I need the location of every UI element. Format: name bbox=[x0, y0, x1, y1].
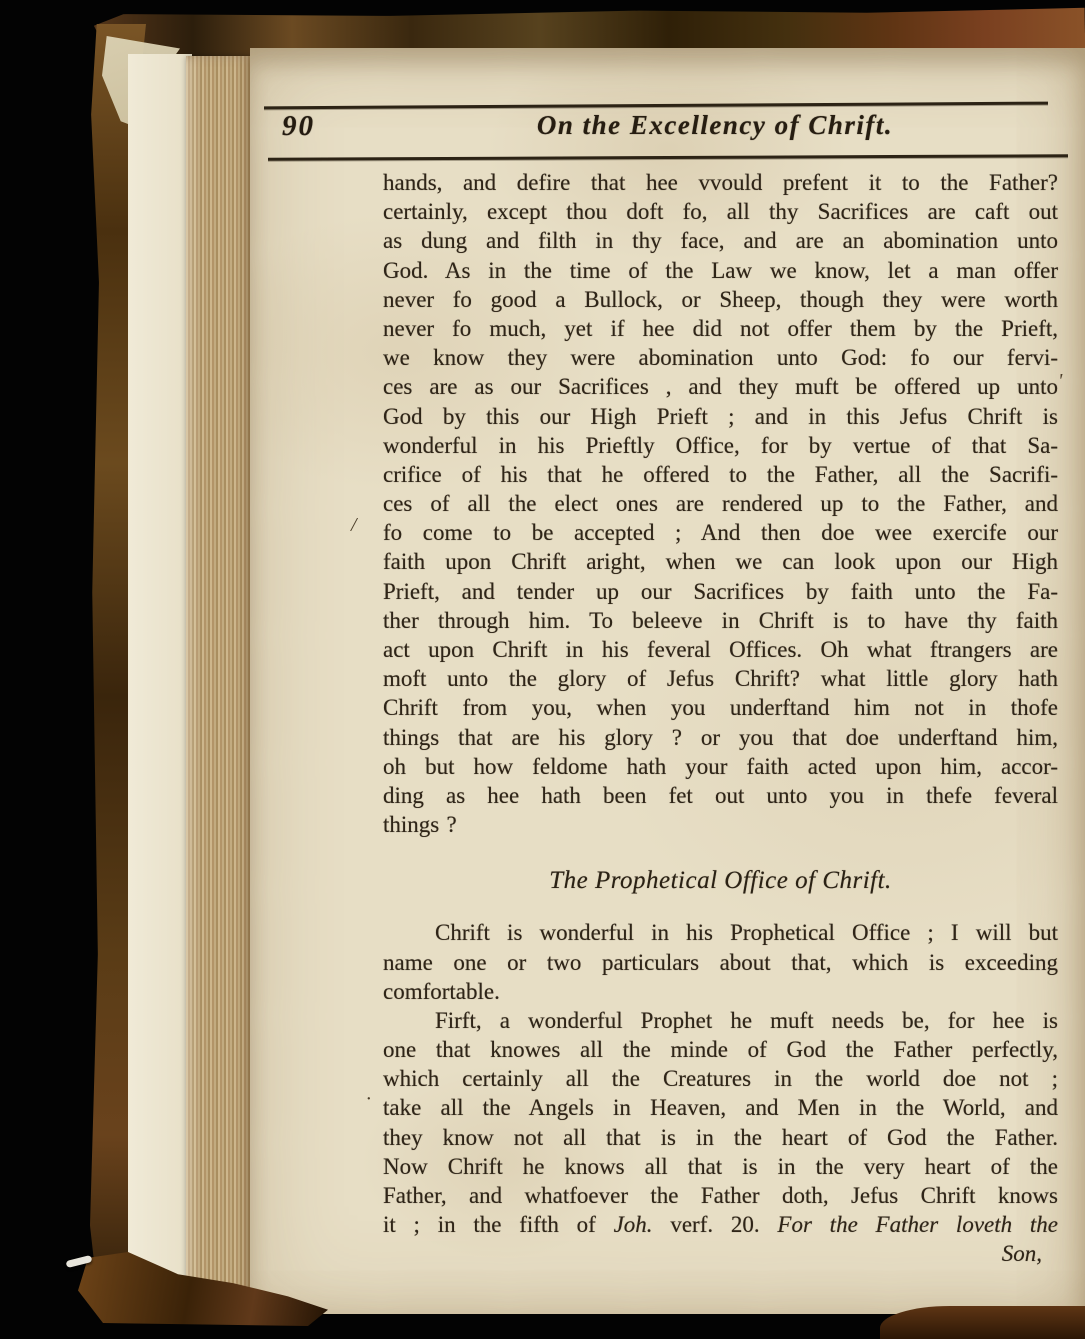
leather-binding-bottom-right bbox=[880, 1306, 1085, 1339]
section-heading: The Prophetical Office of Chrift. bbox=[383, 866, 1058, 896]
text-line: Now Chrift he knows all that is in the v… bbox=[383, 1152, 1058, 1181]
text-line: one that knowes all the minde of God the… bbox=[383, 1035, 1058, 1064]
running-title: On the Excellency of Chrift. bbox=[370, 110, 1060, 141]
text-line: ding as hee hath been fet out unto you i… bbox=[383, 781, 1058, 810]
text-block: hands, and defire that hee vvould prefen… bbox=[383, 168, 1058, 1268]
ink-mark: / bbox=[351, 514, 357, 537]
text-line: never fo much, yet if hee did not offer … bbox=[383, 314, 1058, 343]
text-line: Father, and whatfoever the Father doth, … bbox=[383, 1181, 1058, 1210]
text-segment: verf. 20. bbox=[653, 1212, 778, 1237]
text-line: things that are his glory ? or you that … bbox=[383, 723, 1058, 752]
text-line: ther through him. To beleeve in Chrift i… bbox=[383, 606, 1058, 635]
ink-mark: ' bbox=[1058, 370, 1062, 393]
text-line: oh but how feldome hath your faith acted… bbox=[383, 752, 1058, 781]
paragraph-priestly-office: hands, and defire that hee vvould prefen… bbox=[383, 168, 1058, 839]
text-line: Firft, a wonderful Prophet he muft needs… bbox=[383, 1006, 1058, 1035]
text-line: hands, and defire that hee vvould prefen… bbox=[383, 168, 1058, 197]
text-line: comfortable. bbox=[383, 977, 1058, 1006]
text-line: ces are as our Sacrifices , and they muf… bbox=[383, 372, 1058, 401]
text-line: moft unto the glory of Jefus Chrift? wha… bbox=[383, 664, 1058, 693]
ink-mark: · bbox=[366, 1088, 371, 1111]
book-photograph: 90 On the Excellency of Chrift. hands, a… bbox=[0, 0, 1085, 1339]
text-line: ces of all the elect ones are rendered u… bbox=[383, 489, 1058, 518]
text-line: crifice of his that he offered to the Fa… bbox=[383, 460, 1058, 489]
stacked-page-edges bbox=[186, 56, 254, 1308]
text-line: faith upon Chrift aright, when we can lo… bbox=[383, 547, 1058, 576]
text-line: Chrift is wonderful in his Prophetical O… bbox=[383, 918, 1058, 947]
text-line: which certainly all the Creatures in the… bbox=[383, 1064, 1058, 1093]
text-line: certainly, except thou doft fo, all thy … bbox=[383, 197, 1058, 226]
text-line: God. As in the time of the Law we know, … bbox=[383, 256, 1058, 285]
text-line: things ? bbox=[383, 810, 1058, 839]
text-line: wonderful in his Prieftly Office, for by… bbox=[383, 431, 1058, 460]
italic-text-segment: For the Father loveth the bbox=[777, 1212, 1058, 1237]
paragraph-prophetical-intro: Chrift is wonderful in his Prophetical O… bbox=[383, 918, 1058, 1006]
text-line: take all the Angels in Heaven, and Men i… bbox=[383, 1093, 1058, 1122]
text-line: name one or two particulars about that, … bbox=[383, 948, 1058, 977]
text-line: they know not all that is in the heart o… bbox=[383, 1123, 1058, 1152]
text-line: Prieft, and tender up our Sacrifices by … bbox=[383, 577, 1058, 606]
text-line: fo come to be accepted ; And then doe we… bbox=[383, 518, 1058, 547]
header-rule-top bbox=[264, 102, 1048, 110]
text-line: we know they were abomination unto God: … bbox=[383, 343, 1058, 372]
underlying-page-margin bbox=[128, 54, 192, 1304]
text-line: it ; in the fifth of Joh. verf. 20. For … bbox=[383, 1210, 1058, 1239]
text-line: never fo good a Bullock, or Sheep, thoug… bbox=[383, 285, 1058, 314]
book-page: 90 On the Excellency of Chrift. hands, a… bbox=[250, 48, 1085, 1314]
text-segment: it ; in the fifth of bbox=[383, 1212, 614, 1237]
catchword: Son, bbox=[383, 1239, 1058, 1268]
text-line: Chrift from you, when you underftand him… bbox=[383, 693, 1058, 722]
paragraph-prophetical-first: Firft, a wonderful Prophet he muft needs… bbox=[383, 1006, 1058, 1240]
page-number: 90 bbox=[282, 110, 315, 143]
header-rule-bottom bbox=[268, 154, 1068, 160]
text-line: God by this our High Prieft ; and in thi… bbox=[383, 402, 1058, 431]
italic-text-segment: Joh. bbox=[614, 1212, 653, 1237]
text-line: act upon Chrift in his feveral Offices. … bbox=[383, 635, 1058, 664]
text-line: as dung and filth in thy face, and are a… bbox=[383, 226, 1058, 255]
